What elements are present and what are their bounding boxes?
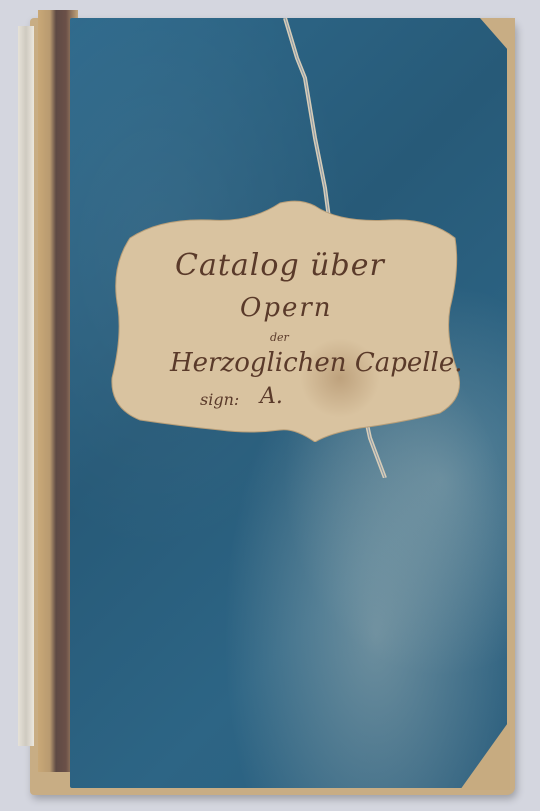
label-line-der: der [270,331,289,344]
label-line-opern: Opern [240,293,333,323]
page-edges [18,26,34,746]
title-label: Catalog über Opern der Herzoglichen Cape… [100,198,468,442]
label-sign-value: A. [260,384,283,409]
label-sign-prefix: sign: [200,390,239,409]
label-line-catalog: Catalog über [175,248,385,283]
label-line-capelle: Herzoglichen Capelle. [170,348,463,378]
